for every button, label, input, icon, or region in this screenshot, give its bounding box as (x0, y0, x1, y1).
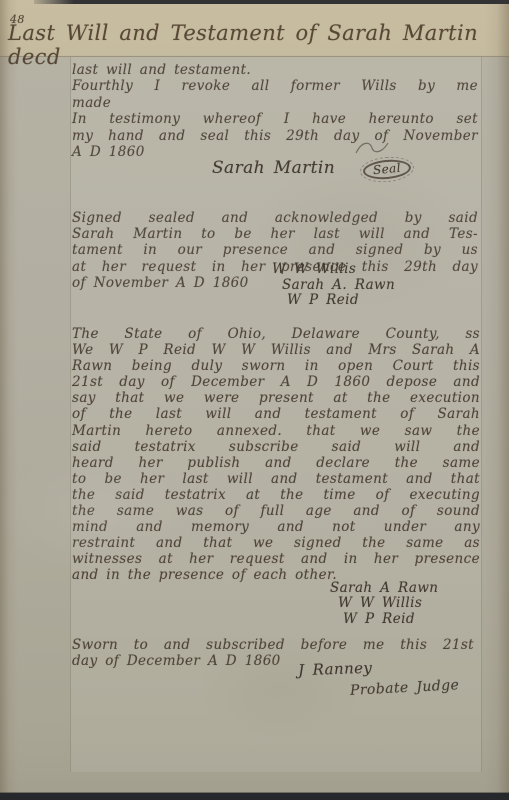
probate-line: Martin hereto annexed. that we saw the (72, 423, 480, 439)
witness-signature: W P Reid (287, 293, 395, 309)
probate-line: the said testatrix at the time of execut… (72, 487, 480, 503)
probate-testimony-paragraph: The State of Ohio, Delaware County, ss W… (72, 326, 480, 584)
witness-signature: W W Willis (272, 262, 395, 278)
probate-line: say that we were present at the executio… (72, 390, 480, 406)
probate-witness-signatures: Sarah A Rawn W W Willis W P Reid (330, 581, 438, 627)
probate-line: Rawn being duly sworn in open Court this (72, 358, 480, 374)
witness-signature: Sarah A Rawn (330, 581, 438, 596)
attestation-line: Signed sealed and acknowledged by said (72, 210, 478, 226)
jurat-line: Sworn to and subscribed before me this 2… (72, 637, 474, 653)
witness-signature: W W Willis (338, 596, 438, 611)
seal-flourish-icon (352, 139, 392, 157)
probate-line: said testatrix subscribe said will and (72, 439, 480, 455)
witness-signature: W P Reid (343, 612, 438, 627)
attestation-witness-signatures: W W Willis Sarah A. Rawn W P Reid (272, 262, 395, 309)
jurat-clause: Sworn to and subscribed before me this 2… (72, 637, 474, 669)
probate-line: witnesses at her request and in her pres… (72, 551, 480, 567)
jurat-line: day of December A D 1860 (72, 653, 474, 669)
will-line: last will and testament. (72, 62, 478, 78)
probate-line: the same was of full age and of sound (72, 503, 480, 519)
judge-signature: J Ranney (298, 659, 373, 680)
testator-signature-line: Sarah MartinSeal (212, 158, 411, 179)
will-line: my hand and seal this 29th day of Novemb… (72, 128, 478, 144)
probate-line: heard her publish and declare the same (72, 455, 480, 471)
will-line: Fourthly I revoke all former Wills by me (72, 78, 478, 94)
testator-signature: Sarah Martin (212, 158, 335, 178)
will-closing-paragraph: last will and testament. Fourthly I revo… (72, 62, 478, 160)
will-line: In testimony whereof I have hereunto set (72, 111, 478, 127)
witness-signature: Sarah A. Rawn (282, 278, 395, 294)
scan-bottom-edge (0, 793, 509, 800)
probate-line: We W P Reid W W Willis and Mrs Sarah A (72, 342, 480, 358)
probate-line: to be her last will and testament and th… (72, 471, 480, 487)
probate-line: The State of Ohio, Delaware County, ss (72, 326, 480, 342)
ledger-page: 48 Last Will and Testament of Sarah Mart… (0, 0, 509, 800)
scan-top-edge (34, 0, 509, 4)
probate-line: 21st day of December A D 1860 depose and (72, 374, 480, 390)
will-line: made (72, 95, 478, 111)
probate-line: mind and memory and not under any (72, 519, 480, 535)
attestation-line: Sarah Martin to be her last will and Tes… (72, 226, 478, 242)
probate-line: of the last will and testament of Sarah (72, 406, 480, 422)
seal-mark: Seal (362, 158, 411, 181)
probate-line: restraint and that we signed the same as (72, 535, 480, 551)
attestation-line: tament in our presence and signed by us (72, 242, 478, 258)
